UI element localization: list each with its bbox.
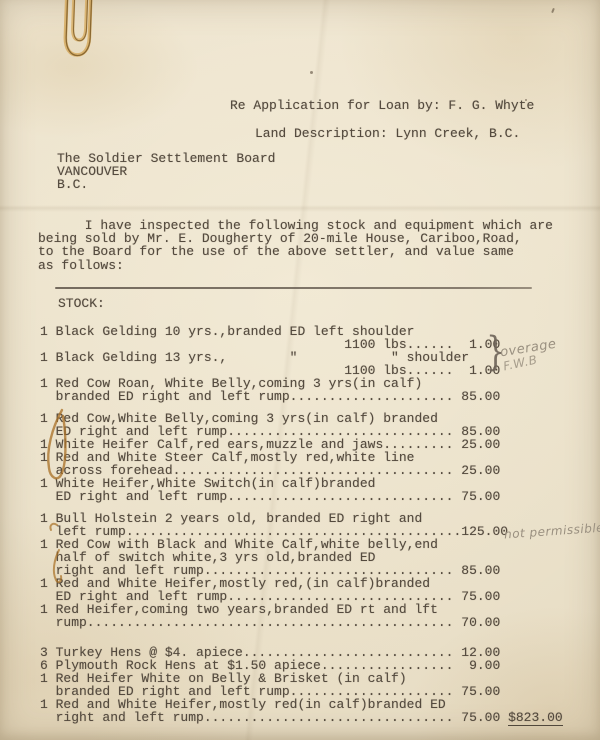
paragraph-line: to the Board for the use of the above se…	[38, 245, 553, 258]
stock-line: right and left rump.....................…	[40, 711, 563, 724]
recipient-line: VANCOUVER	[57, 165, 275, 178]
stock-line: rump....................................…	[40, 616, 563, 629]
paragraph-line: as follows:	[38, 259, 553, 272]
stock-group: 1 Red Cow,White Belly,coming 3 yrs(in ca…	[40, 412, 563, 503]
ink-speck	[310, 71, 313, 74]
grand-total: $823.00	[508, 710, 563, 726]
stock-group: 3 Turkey Hens @ $4. apiece..............…	[40, 646, 563, 724]
rust-loop-mark	[40, 406, 80, 486]
stock-list: 1 Black Gelding 10 yrs.,branded ED left …	[40, 325, 563, 733]
stock-heading: STOCK:	[58, 297, 105, 310]
stock-line: ED right and left rump..................…	[40, 490, 563, 503]
rust-hook-mark	[44, 520, 70, 586]
recipient-block: The Soldier Settlement BoardVANCOUVERB.C…	[57, 152, 275, 191]
stock-line: branded ED right and left rump..........…	[40, 390, 563, 403]
land-description-line: Land Description: Lynn Creek, B.C.	[255, 120, 534, 148]
paperclip	[55, 0, 101, 64]
recipient-line: B.C.	[57, 178, 275, 191]
horizontal-rule	[55, 287, 532, 289]
re-application-line: Re Application for Loan by: F. G. Whyte	[230, 92, 534, 120]
document-header: Re Application for Loan by: F. G. Whyte …	[230, 92, 534, 148]
inspection-paragraph: I have inspected the following stock and…	[38, 219, 553, 272]
ink-speck	[551, 8, 555, 13]
stock-group: 1 Bull Holstein 2 years old, branded ED …	[40, 512, 563, 629]
scanned-document: Re Application for Loan by: F. G. Whyte …	[0, 0, 600, 740]
ink-speck	[525, 99, 527, 101]
stock-group: 1 Black Gelding 10 yrs.,branded ED left …	[40, 325, 563, 403]
